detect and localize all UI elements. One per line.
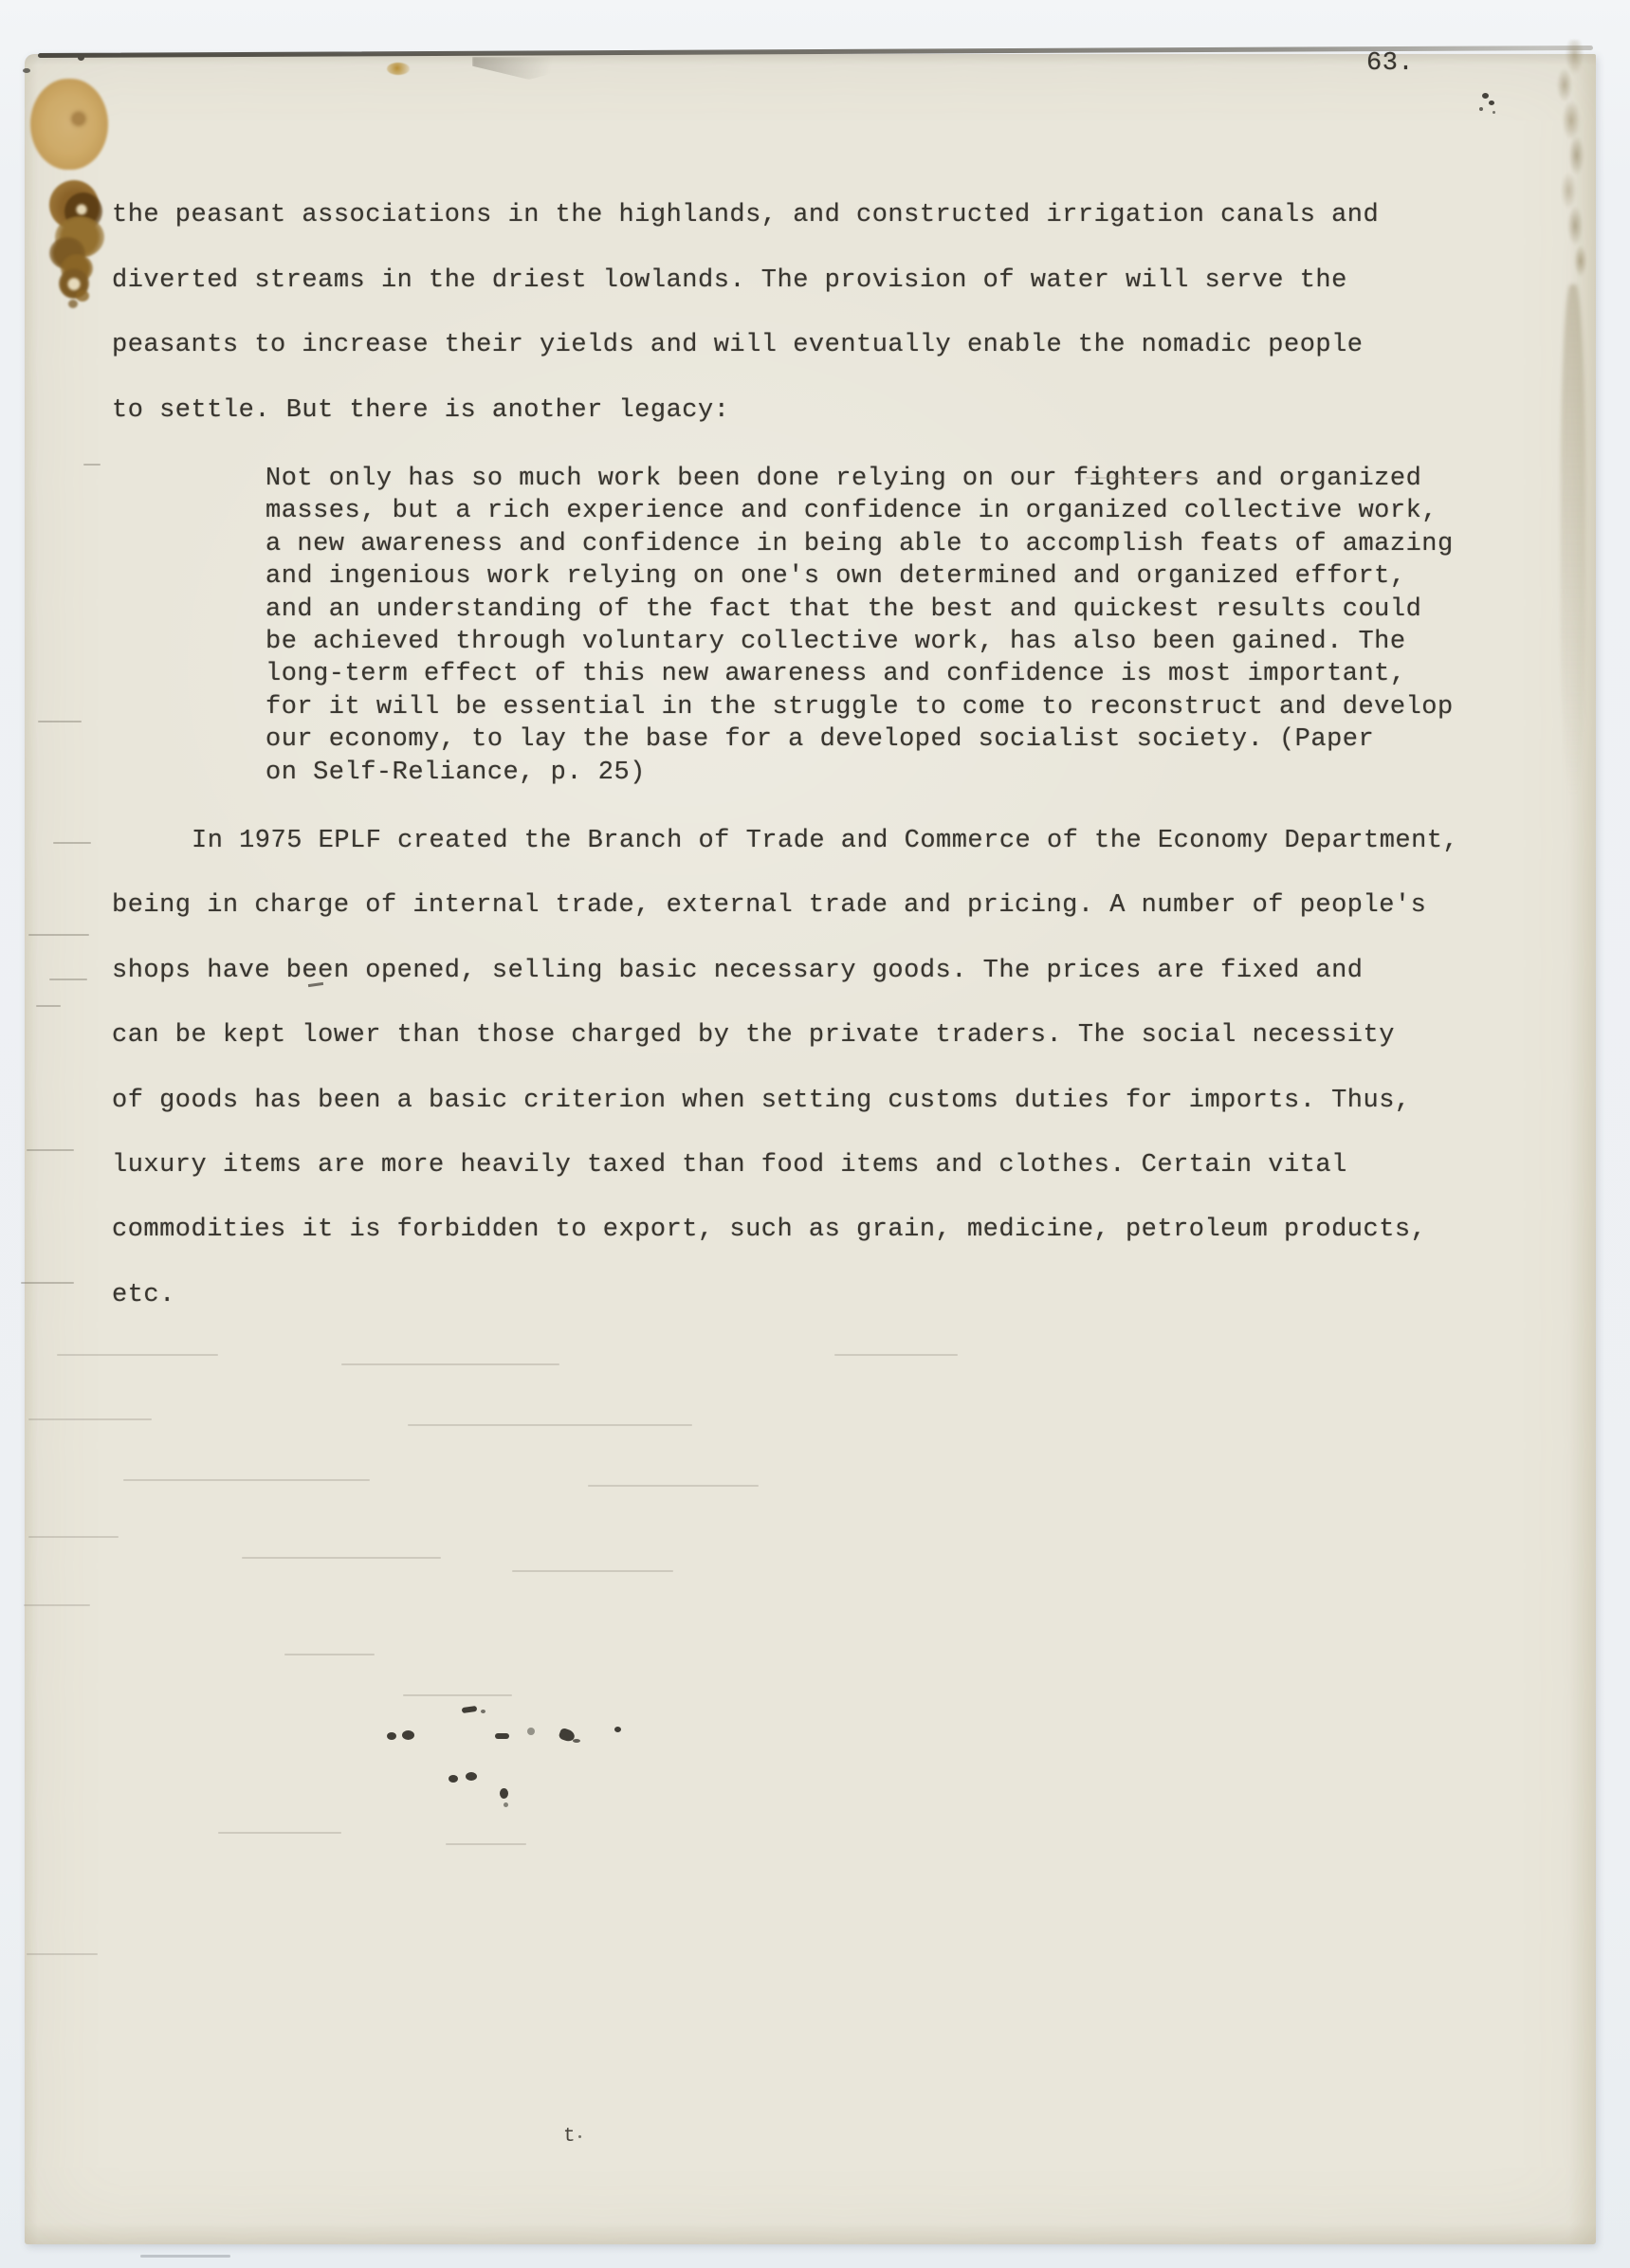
quote-line: our economy, to lay the base for a devel… [266, 723, 1454, 756]
crease-mark [403, 1694, 512, 1696]
text-line: of goods has been a basic criterion when… [112, 1069, 1458, 1133]
text-line: In 1975 EPLF created the Branch of Trade… [112, 809, 1458, 873]
ink-speck [387, 1732, 396, 1740]
crease-mark [446, 1843, 526, 1845]
quote-line: Not only has so much work been done rely… [266, 463, 1454, 495]
quote-line: for it will be essential in the struggle… [266, 691, 1454, 723]
crease-mark [24, 1604, 90, 1606]
crease-mark [834, 1354, 958, 1356]
crease-mark [53, 842, 91, 844]
stray-character: t [563, 2126, 576, 2148]
text-line: etc. [112, 1263, 1458, 1327]
ink-speck [504, 1802, 508, 1807]
ink-speck [449, 1775, 458, 1783]
crease-mark [341, 1363, 559, 1365]
crease-mark [38, 721, 82, 722]
text-line: peasants to increase their yields and wi… [112, 313, 1379, 378]
crease-mark [218, 1832, 341, 1834]
paragraph-2: In 1975 EPLF created the Branch of Trade… [112, 809, 1458, 1327]
text-line: being in charge of internal trade, exter… [112, 873, 1458, 938]
ink-speck [1493, 111, 1495, 114]
quote-line: and ingenious work relying on one's own … [266, 560, 1454, 593]
crease-mark [27, 1149, 74, 1151]
crease-mark [83, 464, 101, 466]
crease-mark [28, 1536, 119, 1538]
paragraph-1: the peasant associations in the highland… [112, 183, 1379, 443]
ink-speck [495, 1733, 509, 1739]
crease-mark [49, 979, 87, 980]
crease-mark [57, 1354, 218, 1356]
right-edge-stain [1561, 284, 1585, 796]
ink-speck [614, 1727, 621, 1732]
scan-canvas: 63. the peasant associations in the high… [0, 0, 1630, 2268]
crease-mark [588, 1485, 759, 1487]
quote-line: and an understanding of the fact that th… [266, 594, 1454, 626]
ink-speck [573, 1739, 580, 1743]
ink-speck [578, 2135, 581, 2138]
page-number-text: 63. [1366, 47, 1414, 80]
coffee-stain-blob [68, 300, 78, 308]
ink-speck [78, 55, 84, 61]
quote-line: long-term effect of this new awareness a… [266, 658, 1454, 690]
text-line: luxury items are more heavily taxed than… [112, 1133, 1458, 1198]
quote-line: masses, but a rich experience and confid… [266, 495, 1454, 527]
text-line: the peasant associations in the highland… [112, 183, 1379, 248]
crease-mark [21, 1282, 74, 1284]
text-line: diverted streams in the driest lowlands.… [112, 248, 1379, 314]
text-line: shops have been opened, selling basic ne… [112, 939, 1458, 1003]
ink-speck [527, 1728, 535, 1735]
crease-mark [123, 1479, 370, 1481]
ink-speck [1479, 107, 1483, 111]
ink-speck [1482, 93, 1489, 99]
edge-fleck [387, 63, 410, 75]
block-quote: Not only has so much work been done rely… [266, 463, 1454, 789]
crease-mark [28, 1418, 152, 1420]
crease-mark [512, 1570, 673, 1572]
coffee-stain-round [30, 79, 108, 170]
coffee-stain-blob [76, 290, 89, 302]
ink-speck [481, 1710, 485, 1713]
crease-mark [408, 1424, 692, 1426]
crease-mark [1086, 477, 1200, 479]
crease-mark [27, 1953, 98, 1955]
quote-line: on Self-Reliance, p. 25) [266, 757, 1454, 789]
scanner-smudge [140, 2255, 230, 2258]
page-number: 63. [1366, 47, 1414, 80]
quote-line: a new awareness and confidence in being … [266, 528, 1454, 560]
ink-speck [23, 68, 30, 73]
crease-mark [36, 1005, 61, 1007]
text-line: can be kept lower than those charged by … [112, 1003, 1458, 1068]
text-line: commodities it is forbidden to export, s… [112, 1198, 1458, 1262]
ink-speck [466, 1772, 477, 1781]
text-line: to settle. But there is another legacy: [112, 378, 1379, 444]
ink-speck [1489, 101, 1494, 105]
crease-mark [284, 1654, 375, 1655]
right-edge-stain [1525, 40, 1591, 291]
crease-mark [242, 1557, 441, 1559]
quote-line: be achieved through voluntary collective… [266, 626, 1454, 658]
crease-mark [28, 934, 89, 936]
ink-speck [500, 1788, 508, 1799]
ink-speck [402, 1730, 414, 1740]
